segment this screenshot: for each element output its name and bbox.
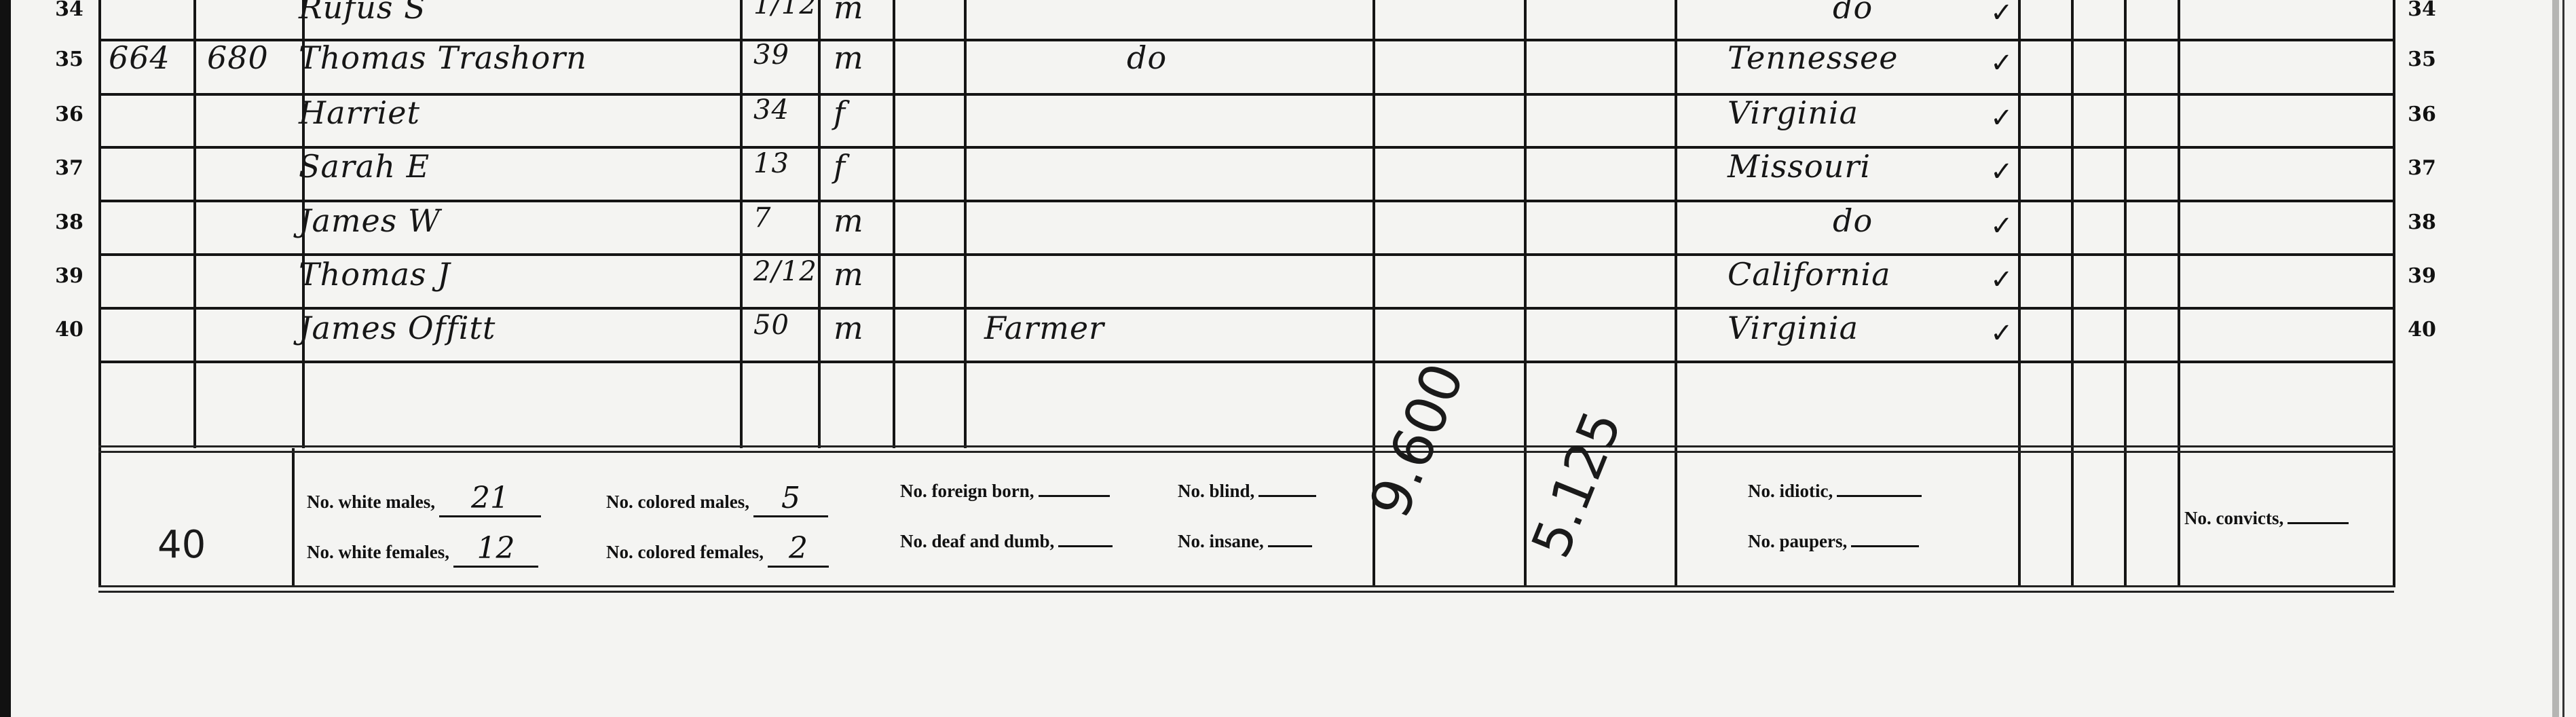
colored-males-field: No. colored males,5 [606, 481, 828, 517]
person-age: 7 [753, 202, 771, 234]
check-mark-icon: ✓ [1990, 0, 2013, 29]
colored-females-field: No. colored females,2 [606, 531, 829, 568]
row-number: 36 [2402, 103, 2442, 126]
white-males-value: 21 [459, 481, 521, 515]
summary-divider [2124, 448, 2127, 587]
person-name: Harriet [299, 94, 420, 131]
real-estate-total: 9.600 [1358, 354, 1477, 526]
column-divider [1675, 0, 1677, 448]
foreign-born-field: No. foreign born, [900, 481, 1110, 502]
person-sex: m [834, 0, 864, 26]
page-edge-right-line [2562, 0, 2564, 717]
check-mark-icon: ✓ [1990, 318, 2013, 349]
convicts-label: No. convicts, [2184, 508, 2283, 528]
person-name: James Offitt [299, 310, 496, 346]
row-number: 34 [2402, 0, 2442, 21]
row-number: 37 [49, 156, 90, 180]
occupation: do [1127, 39, 1167, 76]
row-number: 38 [49, 210, 90, 234]
row-number: 40 [2402, 318, 2442, 342]
idiotic-field: No. idiotic, [1748, 481, 1922, 502]
column-divider [2124, 0, 2127, 448]
person-age: 50 [753, 310, 789, 341]
column-divider [740, 0, 743, 448]
column-divider [2018, 0, 2021, 448]
check-mark-icon: ✓ [1990, 48, 2013, 79]
page-edge-left [0, 0, 11, 717]
person-sex: m [834, 202, 864, 239]
convicts-field: No. convicts, [2184, 508, 2349, 529]
column-divider [193, 0, 196, 448]
row-number: 34 [49, 0, 90, 21]
deaf-dumb-label: No. deaf and dumb, [900, 531, 1054, 551]
page-total: 40 [157, 523, 206, 567]
birthplace: Virginia [1728, 94, 1859, 131]
occupation: Farmer [984, 310, 1104, 346]
table-bottom-rule-2 [98, 451, 2394, 453]
insane-label: No. insane, [1178, 531, 1264, 551]
idiotic-label: No. idiotic, [1748, 481, 1833, 501]
white-females-value: 12 [464, 531, 527, 566]
birthplace: Virginia [1728, 310, 1859, 346]
table-bottom-rule [98, 445, 2394, 447]
family-number: 680 [207, 39, 269, 76]
dwelling-number: 664 [109, 39, 170, 76]
insane-field: No. insane, [1178, 531, 1312, 552]
summary-bottom-rule-2 [98, 591, 2394, 593]
check-mark-icon: ✓ [1990, 103, 2013, 134]
summary-divider [2018, 448, 2021, 587]
person-name: Sarah E [299, 148, 430, 185]
check-mark-icon: ✓ [1990, 156, 2013, 187]
person-age: 34 [753, 94, 789, 126]
blind-label: No. blind, [1178, 481, 1254, 501]
birthplace: California [1728, 256, 1891, 293]
row-divider [98, 361, 2393, 363]
summary-divider [2071, 448, 2074, 587]
check-mark-icon: ✓ [1990, 264, 2013, 295]
column-divider [2393, 0, 2395, 448]
person-name: Rufus S [299, 0, 426, 26]
column-divider [98, 0, 101, 448]
check-mark-icon: ✓ [1990, 210, 2013, 242]
column-divider [1373, 0, 1375, 448]
person-name: Thomas J [299, 256, 451, 293]
person-age: 13 [753, 148, 789, 179]
person-age: 1/12 [753, 0, 817, 20]
white-females-label: No. white females, [307, 542, 449, 562]
summary-divider [2393, 448, 2395, 587]
colored-males-label: No. colored males, [606, 492, 749, 512]
row-number: 37 [2402, 156, 2442, 180]
row-number: 39 [49, 264, 90, 288]
white-females-field: No. white females,12 [307, 531, 538, 568]
white-males-label: No. white males, [307, 492, 435, 512]
person-sex: m [834, 256, 864, 293]
summary-bottom-rule [98, 585, 2394, 587]
person-name: James W [299, 202, 441, 239]
personal-estate-total: 5.125 [1520, 403, 1634, 566]
row-number: 39 [2402, 264, 2442, 288]
row-number: 38 [2402, 210, 2442, 234]
person-sex: f [834, 94, 846, 131]
foreign-born-label: No. foreign born, [900, 481, 1034, 501]
row-number: 40 [49, 318, 90, 342]
blind-field: No. blind, [1178, 481, 1316, 502]
colored-females-value: 2 [777, 531, 820, 566]
birthplace: do [1833, 202, 1873, 239]
person-sex: m [834, 310, 864, 346]
person-name: Thomas Trashorn [299, 39, 587, 76]
page-edge-right [2552, 0, 2559, 717]
white-males-field: No. white males,21 [307, 481, 541, 517]
person-age: 2/12 [753, 256, 817, 287]
row-number: 35 [2402, 48, 2442, 71]
summary-divider [1675, 448, 1677, 587]
deaf-dumb-field: No. deaf and dumb, [900, 531, 1113, 552]
paupers-field: No. paupers, [1748, 531, 1919, 552]
paupers-label: No. paupers, [1748, 531, 1847, 551]
column-divider [2071, 0, 2074, 448]
column-divider [1524, 0, 1527, 448]
birthplace: do [1833, 0, 1873, 26]
row-divider [98, 200, 2393, 202]
birthplace: Missouri [1728, 148, 1871, 185]
column-divider [964, 0, 967, 448]
summary-divider [2178, 448, 2180, 587]
person-sex: f [834, 148, 846, 185]
colored-females-label: No. colored females, [606, 542, 764, 562]
colored-males-value: 5 [769, 481, 813, 515]
birthplace: Tennessee [1728, 39, 1898, 76]
row-number: 35 [49, 48, 90, 71]
column-divider [893, 0, 895, 448]
row-divider [98, 93, 2393, 96]
row-number: 36 [49, 103, 90, 126]
column-divider [818, 0, 821, 448]
person-age: 39 [753, 39, 789, 71]
summary-divider [292, 448, 295, 587]
row-divider [98, 146, 2393, 149]
column-divider [2178, 0, 2180, 448]
summary-divider [98, 448, 101, 587]
summary-divider [1524, 448, 1527, 587]
person-sex: m [834, 39, 864, 76]
